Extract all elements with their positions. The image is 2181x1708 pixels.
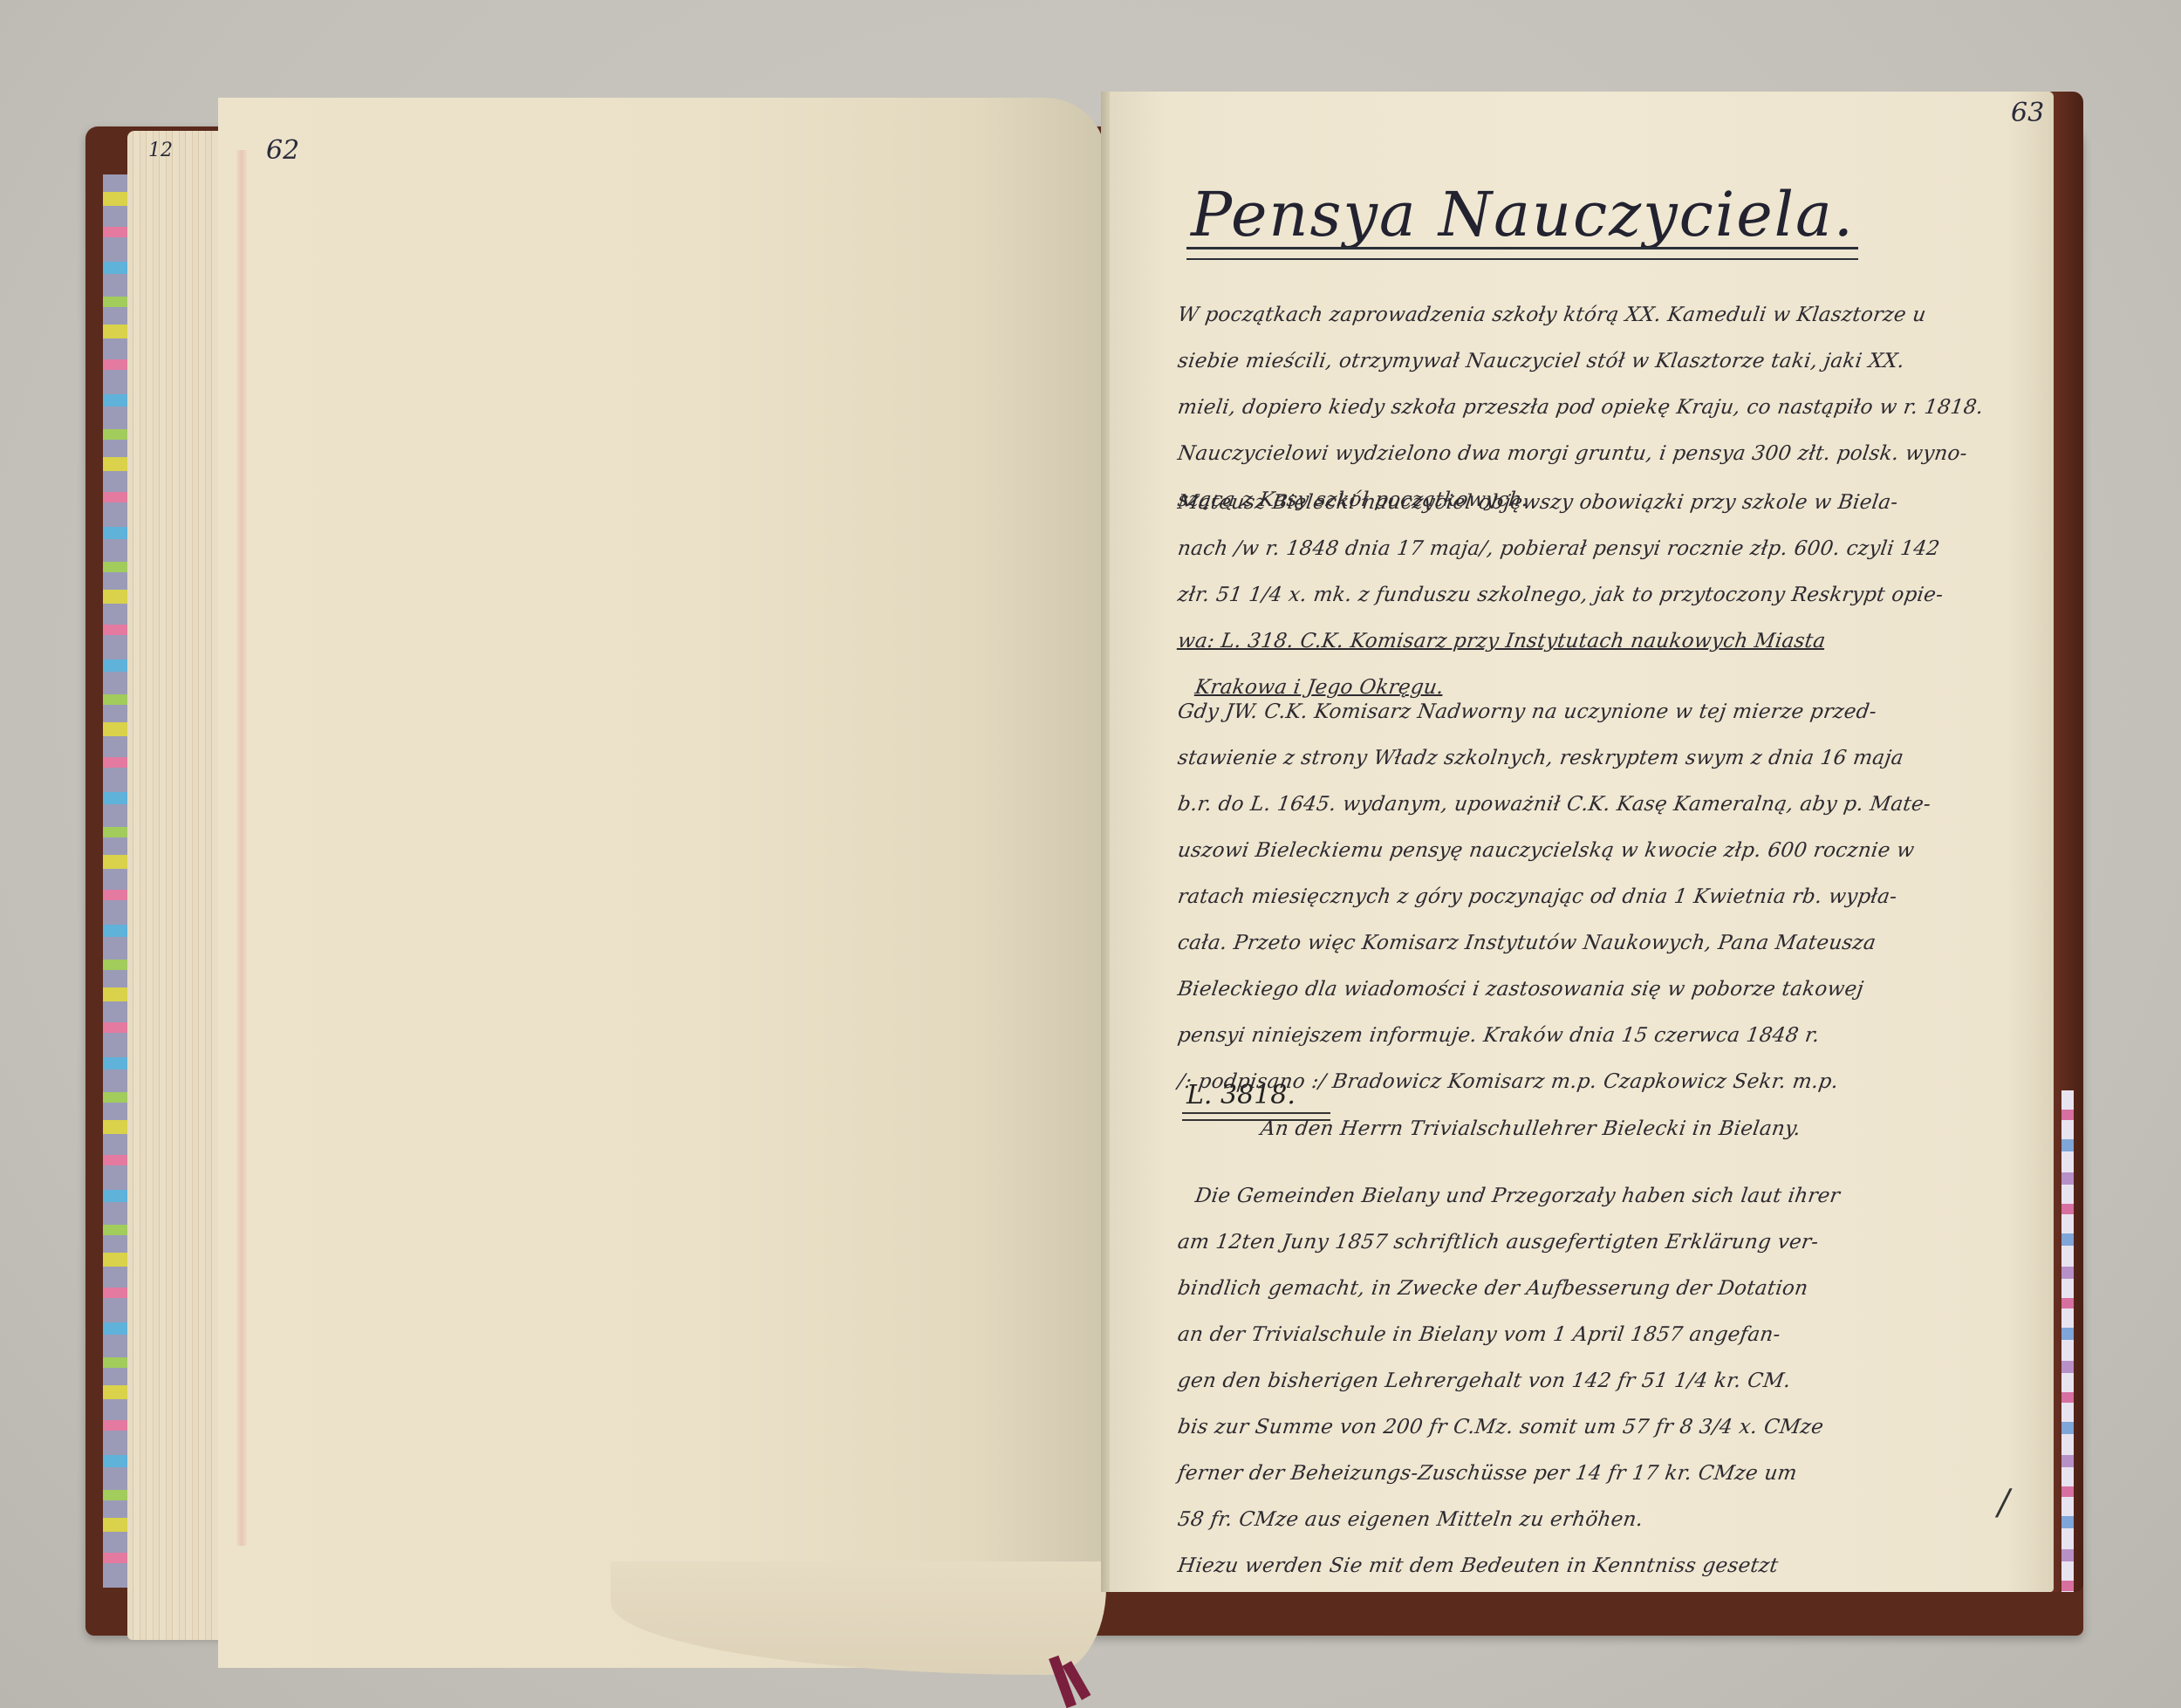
page-title: Pensya Nauczyciela. xyxy=(1191,179,1855,250)
paragraph-2: Mateusz Bielecki nauczyciel objęwszy obo… xyxy=(1178,480,1980,711)
text-line: ratach miesięcznych z góry poczynając od… xyxy=(1174,874,1983,920)
text-line: pensyi niniejszem informuje. Kraków dnia… xyxy=(1174,1013,1983,1059)
left-page-number: 62 xyxy=(266,135,299,166)
text-line: gen den bisherigen Lehrergehalt von 142 … xyxy=(1174,1358,1983,1404)
text-line: uszowi Bieleckiemu pensyę nauczycielską … xyxy=(1174,828,1983,874)
addressee: An den Herrn Trivialschullehrer Bielecki… xyxy=(1178,1106,1980,1152)
paragraph-4: Die Gemeinden Bielany und Przegorzały ha… xyxy=(1178,1173,1980,1589)
marbled-endpaper-left xyxy=(103,174,127,1588)
text-line: am 12ten Juny 1857 schriftlich ausgefert… xyxy=(1174,1220,1983,1266)
text-line: bindlich gemacht, in Zwecke der Aufbesse… xyxy=(1174,1266,1983,1312)
text-line-reskrypt-heading: wa: L. 318. C.K. Komisarz przy Instytuta… xyxy=(1174,618,1983,665)
text-line: mieli, dopiero kiedy szkoła przeszła pod… xyxy=(1174,385,1983,431)
text-line: ferner der Beheizungs-Zuschüsse per 14 f… xyxy=(1174,1451,1983,1497)
text-line: Die Gemeinden Bielany und Przegorzały ha… xyxy=(1174,1173,1983,1220)
text-line: an der Trivialschule in Bielany vom 1 Ap… xyxy=(1174,1312,1983,1358)
marbled-endpaper-right xyxy=(2061,1090,2074,1592)
text-line: Hiezu werden Sie mit dem Bedeuten in Ken… xyxy=(1174,1543,1983,1589)
text-line: Nauczycielowi wydzielono dwa morgi grunt… xyxy=(1174,431,1983,477)
text-line: bis zur Summe von 200 fr C.Mz. somit um … xyxy=(1174,1404,1983,1451)
right-page-number: 63 xyxy=(2011,98,2044,128)
text-line: b.r. do L. 1645. wydanym, upoważnił C.K.… xyxy=(1174,782,1983,828)
text-line-addressee: An den Herrn Trivialschullehrer Bielecki… xyxy=(1174,1106,1983,1152)
title-underline xyxy=(1186,247,1858,260)
paragraph-3: Gdy JW. C.K. Komisarz Nadworny na uczyni… xyxy=(1178,689,1980,1105)
text-line: W początkach zaprowadzenia szkoły którą … xyxy=(1174,292,1983,338)
text-line: Bieleckiego dla wiadomości i zastosowani… xyxy=(1174,967,1983,1013)
text-line: cała. Przeto więc Komisarz Instytutów Na… xyxy=(1174,920,1983,967)
closing-mark: / xyxy=(1998,1483,2009,1523)
text-line: nach /w r. 1848 dnia 17 maja/, pobierał … xyxy=(1174,526,1983,572)
text-line-signatures: /: podpisano :/ Bradowicz Komisarz m.p. … xyxy=(1174,1059,1983,1105)
left-page-blank xyxy=(218,98,1106,1668)
text-line: stawienie z strony Władz szkolnych, resk… xyxy=(1174,735,1983,782)
book-gutter xyxy=(1101,92,1110,1592)
text-line: złr. 51 1/4 x. mk. z funduszu szkolnego,… xyxy=(1174,572,1983,618)
text-line: siebie mieścili, otrzymywał Nauczyciel s… xyxy=(1174,338,1983,385)
text-line: 58 fr. CMze aus eigenen Mitteln zu erhöh… xyxy=(1174,1497,1983,1543)
text-line: Mateusz Bielecki nauczyciel objęwszy obo… xyxy=(1174,480,1983,526)
text-line: Gdy JW. C.K. Komisarz Nadworny na uczyni… xyxy=(1174,689,1983,735)
stack-page-number: 12 xyxy=(148,140,173,161)
